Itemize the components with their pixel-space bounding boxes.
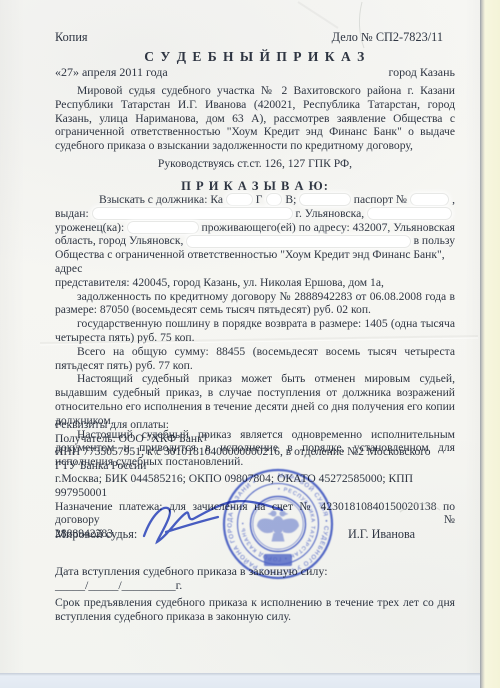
scanned-court-order-page: Копия Дело № СП2-7823/11 С У Д Е Б Н Ы Й…	[0, 0, 500, 688]
debtor-line-1: Взыскать с должника: Ка Г В; паспорт № ,	[55, 193, 455, 207]
judge-label: Мировой судья:	[55, 527, 137, 542]
redaction-box	[227, 194, 252, 205]
debtor-text: проживающего(ей) по адресу: 432007, Улья…	[202, 221, 455, 235]
seal-ribbon	[264, 554, 292, 566]
redaction-box	[411, 194, 448, 205]
amount-total: Всего на общую сумму: 88455 (восемьдесят…	[55, 345, 455, 373]
debtor-text: В;	[285, 193, 296, 207]
debtor-text: Взыскать с должника: Ка	[55, 193, 223, 207]
debtor-line-6: представителя: 420045, город Казань, ул.…	[55, 276, 455, 290]
redaction-box	[267, 194, 282, 205]
payment-recipient: Получатель: ООО "ХКФ Банк"	[55, 432, 455, 446]
amount-debt: задолженность по кредитному договору № 2…	[55, 290, 455, 318]
document-title: С У Д Е Б Н Ы Й П Р И К А З	[55, 49, 455, 65]
debtor-text: ,	[452, 193, 455, 207]
case-number: Дело № СП2-7823/11	[332, 31, 443, 45]
scan-edge-right	[480, 0, 500, 688]
redaction-box	[368, 208, 451, 219]
payment-heading: Реквизиты для оплаты:	[55, 418, 455, 432]
debtor-line-5: Общества с ограниченной ответственностью…	[55, 248, 455, 276]
debtor-line-3: уроженец(ка): проживающего(ей) по адресу…	[55, 221, 455, 235]
judge-signature	[138, 494, 288, 552]
copy-label: Копия	[55, 31, 88, 45]
redaction-box	[187, 236, 409, 247]
debtor-text: Г	[256, 193, 263, 207]
presentation-term-paragraph: Срок предъявления судебного приказа к ис…	[55, 596, 455, 624]
debtor-text: уроженец(ка):	[55, 221, 124, 235]
debtor-text: выдан:	[55, 207, 89, 221]
debtor-line-4: область, город Ульяновск, в пользу	[55, 234, 455, 248]
redaction-box	[300, 194, 349, 205]
debtor-line-2: выдан: г. Ульяновска,	[55, 207, 455, 221]
debtor-text: область, город Ульяновск,	[55, 234, 183, 248]
document-city: город Казань	[388, 66, 455, 80]
legal-basis-line: Руководствуясь ст.ст. 126, 127 ГПК РФ,	[55, 157, 455, 171]
redaction-box	[93, 208, 292, 219]
redaction-box	[128, 222, 197, 233]
debtor-text: в пользу	[414, 234, 455, 248]
order-heading: П Р И К А З Ы В А Ю:	[55, 179, 455, 194]
intro-paragraph: Мировой судья судебного участка № 2 Вахи…	[55, 84, 455, 153]
judge-name: И.Г. Иванова	[348, 527, 415, 542]
debtor-text: г. Ульяновска,	[296, 207, 365, 221]
scan-edge-bottom	[0, 673, 480, 688]
document-date: «27» апреля 2011 года	[55, 66, 168, 80]
debtor-text: паспорт №	[354, 193, 407, 207]
amount-state-duty: государственную пошлину в порядке возвра…	[55, 317, 455, 345]
